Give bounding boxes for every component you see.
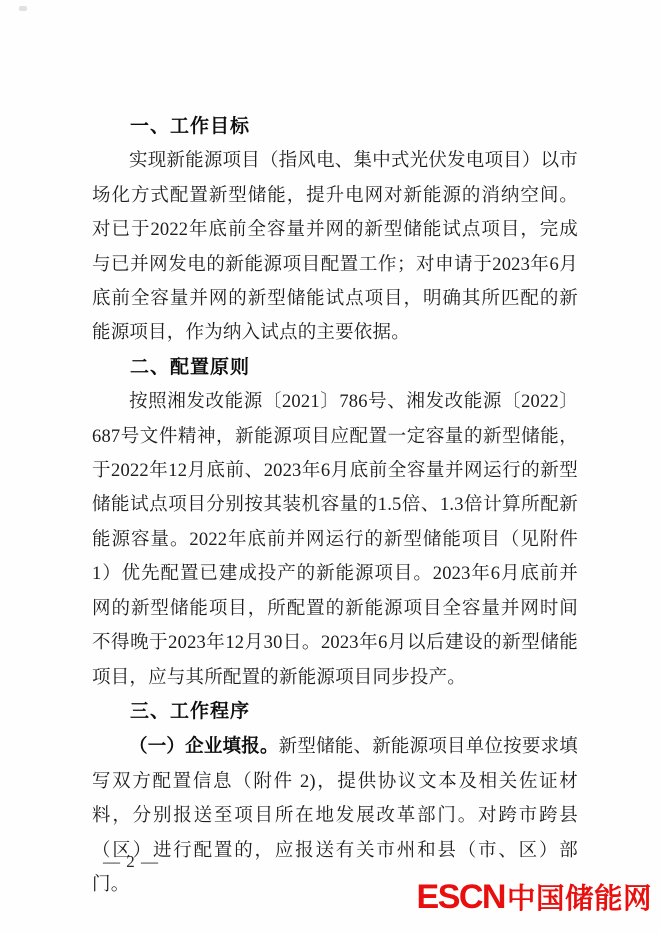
- section-heading-work-procedure: 三、工作程序: [92, 695, 578, 729]
- page-number: — 2 —: [103, 851, 159, 873]
- paragraph-enterprise-filing: （一）企业填报。新型储能、新能源项目单位按要求填写双方配置信息（附件 2)，提供…: [92, 729, 578, 902]
- paragraph-text-enterprise-filing: 新型储能、新能源项目单位按要求填写双方配置信息（附件 2)，提供协议文本及相关佐…: [92, 737, 578, 895]
- section-work-goals: 一、工作目标 实现新能源项目（指风电、集中式光伏发电项目）以市场化方式配置新型储…: [92, 110, 578, 351]
- section-work-procedure: 三、工作程序 （一）企业填报。新型储能、新能源项目单位按要求填写双方配置信息（附…: [92, 695, 578, 902]
- document-page: 一、工作目标 实现新能源项目（指风电、集中式光伏发电项目）以市场化方式配置新型储…: [0, 0, 660, 934]
- section-config-principles: 二、配置原则 按照湘发改能源〔2021〕786号、湘发改能源〔2022〕687号…: [92, 351, 578, 695]
- paragraph-config-principles: 按照湘发改能源〔2021〕786号、湘发改能源〔2022〕687号文件精神，新能…: [92, 385, 578, 695]
- escn-logo: ESCN 中国储能网: [417, 880, 652, 916]
- scan-artifact: [19, 6, 27, 11]
- paragraph-lead-enterprise-filing: （一）企业填报。: [129, 735, 279, 756]
- escn-logo-cjk: 中国储能网: [507, 882, 652, 916]
- section-heading-work-goals: 一、工作目标: [92, 110, 578, 144]
- escn-logo-latin: ESCN: [417, 880, 505, 914]
- document-body: 一、工作目标 实现新能源项目（指风电、集中式光伏发电项目）以市场化方式配置新型储…: [92, 110, 578, 902]
- section-heading-config-principles: 二、配置原则: [92, 351, 578, 385]
- paragraph-work-goals: 实现新能源项目（指风电、集中式光伏发电项目）以市场化方式配置新型储能，提升电网对…: [92, 144, 578, 350]
